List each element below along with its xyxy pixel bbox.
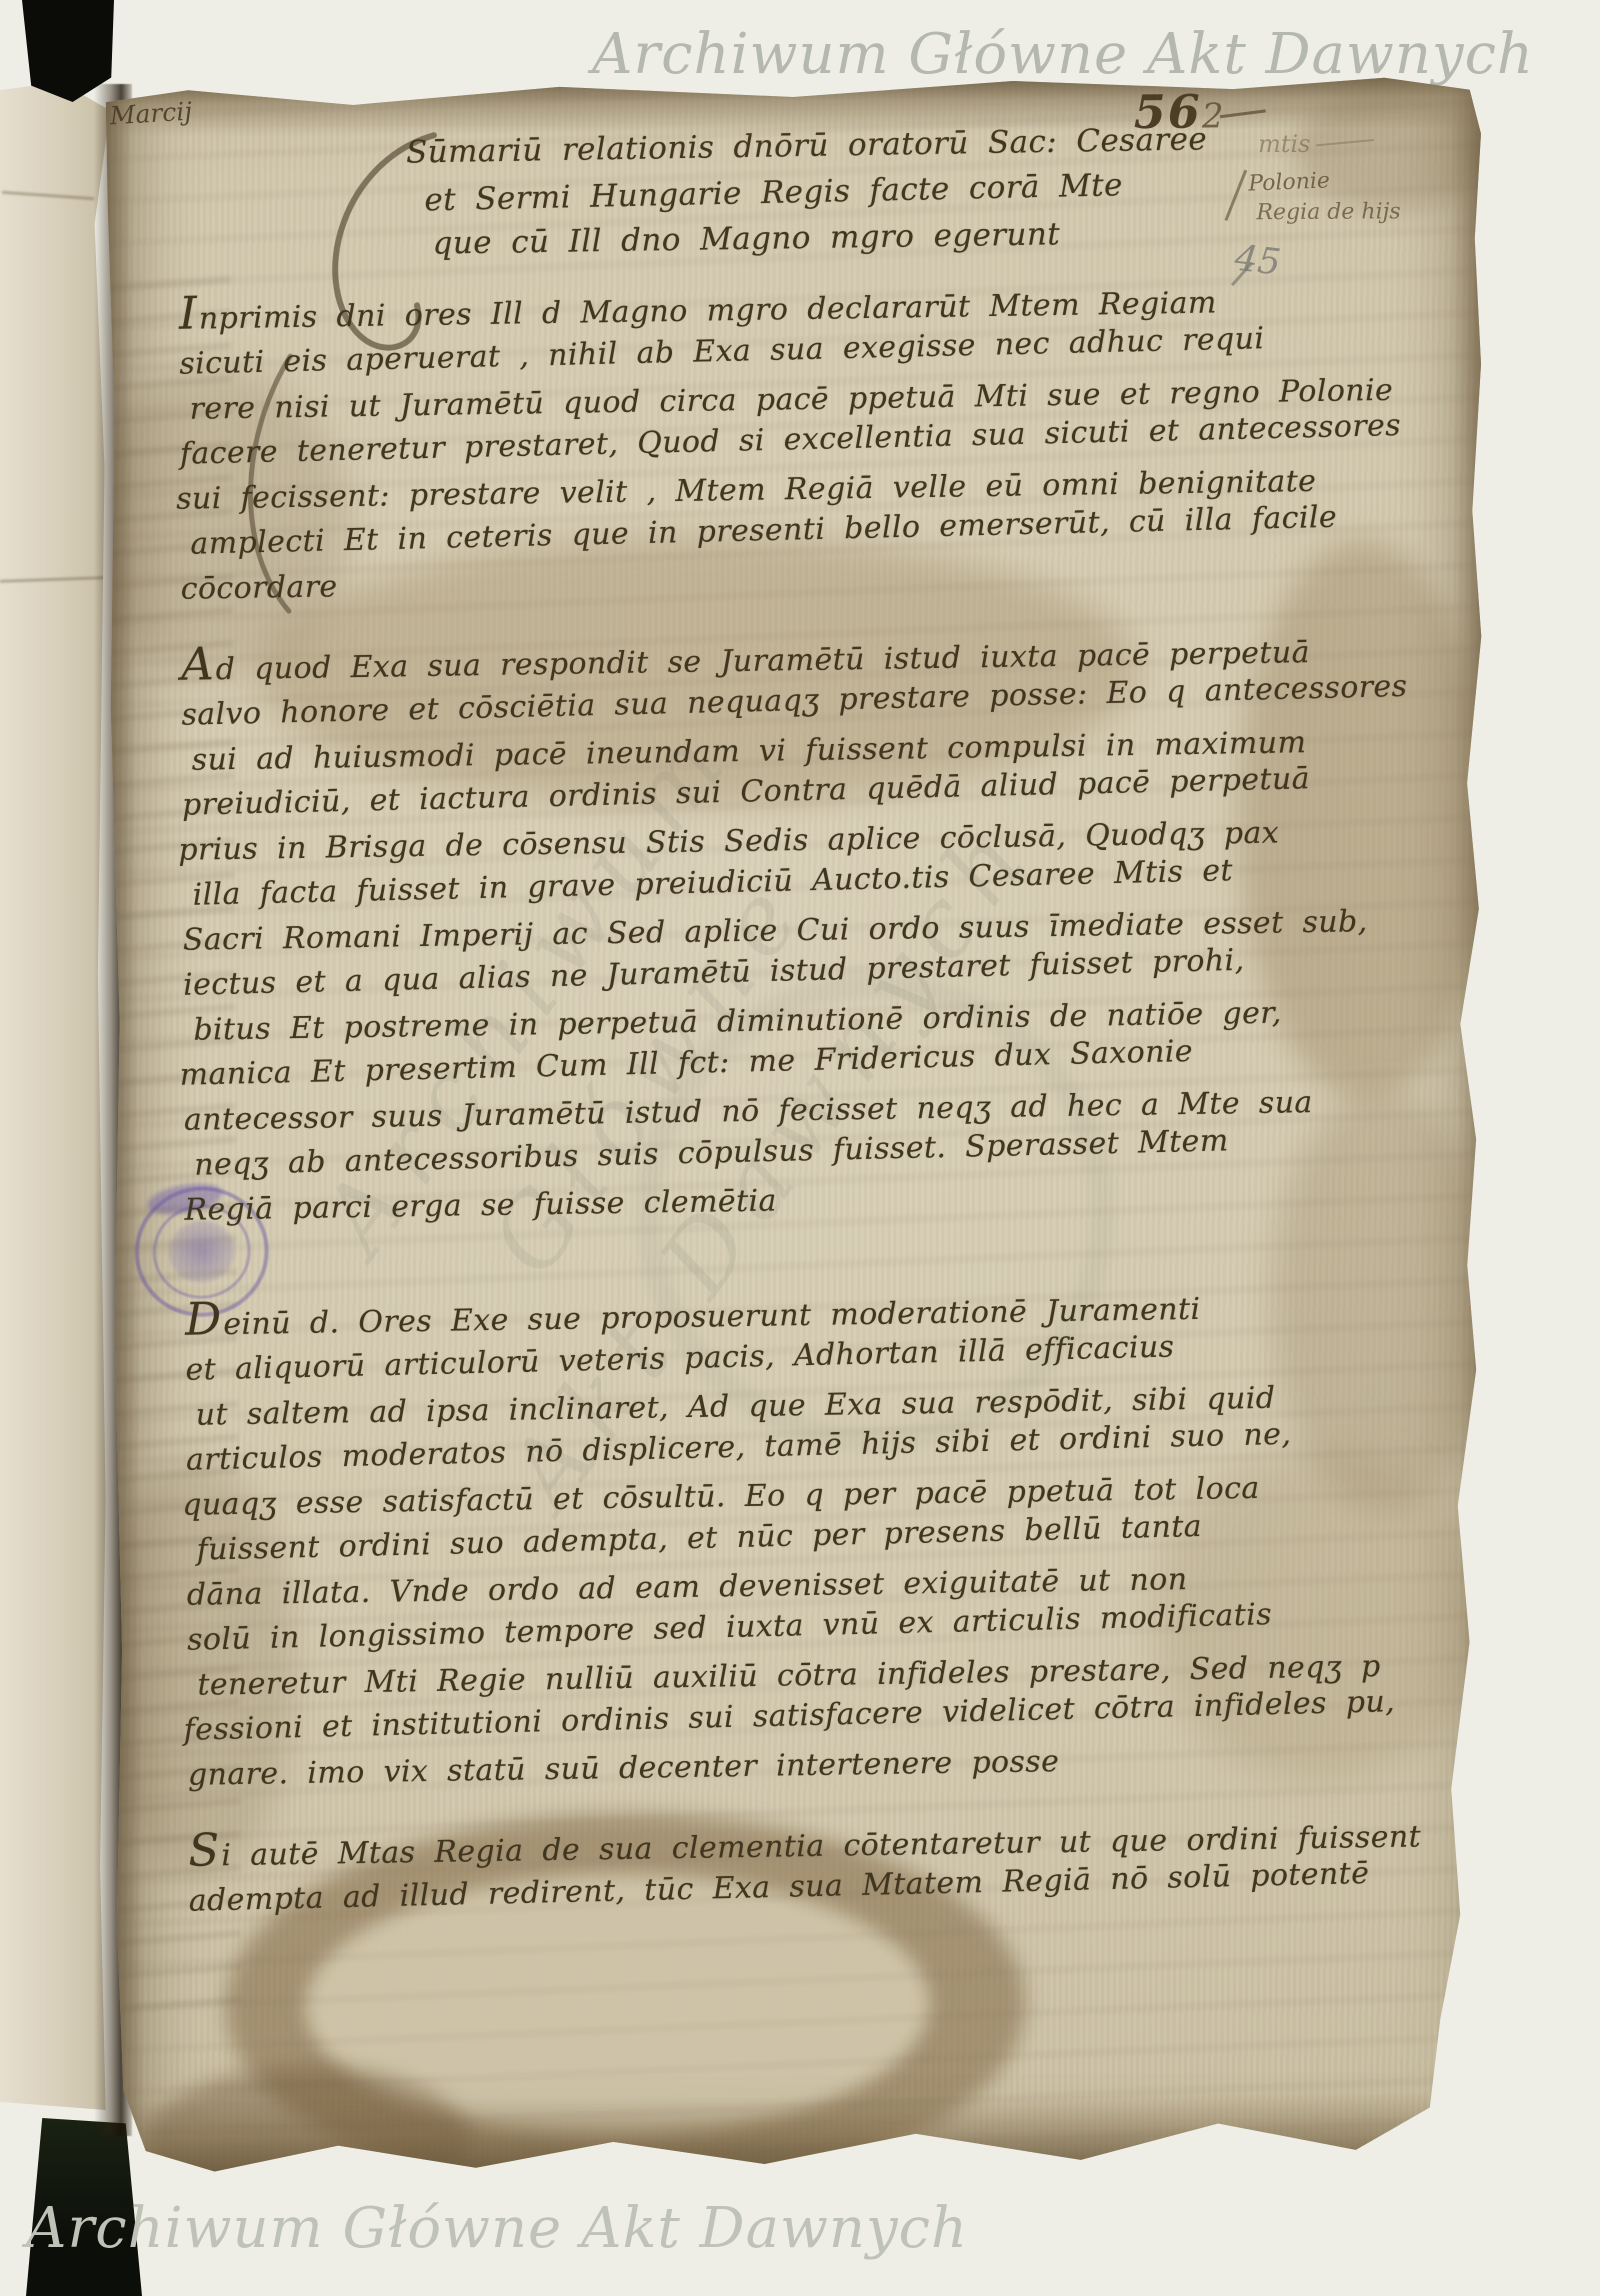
binding-tape-bottom — [26, 2118, 142, 2296]
margin-slash — [1224, 170, 1247, 221]
stain — [146, 2065, 471, 2219]
paragraph: Deinū d. Ores Exe sue proposuerunt moder… — [185, 1289, 1468, 1798]
manuscript-heading: Sūmariū relationis dnōrū oratorū Sac: Ce… — [406, 120, 1208, 263]
scan-backdrop: Archiwum Główne Akt Dawnych Archiwum Głó… — [0, 0, 1600, 2296]
manuscript-body: Inprimis dni ores Ill d Magno mgro decla… — [179, 283, 1469, 1924]
paragraph: Si autē Mtas Regia de sua clementia cōte… — [188, 1820, 1469, 1924]
margin-note-line: Regia de hijs — [1256, 199, 1400, 225]
watermark-top: Archiwum Główne Akt Dawnych — [592, 22, 1534, 87]
watermark-bottom: Archiwum Główne Akt Dawnych — [26, 2196, 968, 2261]
folio-flourish: 2 — [1202, 96, 1266, 136]
faded-margin-word: mtis — [1258, 129, 1375, 158]
page-crease — [0, 576, 104, 583]
paragraph: Ad quod Exa sua respondit se Juramētū is… — [181, 634, 1465, 1233]
paragraph: Inprimis dni ores Ill d Magno mgro decla… — [179, 283, 1461, 612]
margin-note-line: Polonie — [1248, 168, 1331, 196]
page-bottom-edge — [118, 2092, 1493, 2174]
manuscript-page: Archiwum Główne Akt Dawnych Marcij 562 4… — [106, 71, 1494, 2174]
margin-date-note: Marcij — [109, 97, 193, 131]
page-crease — [2, 191, 94, 200]
